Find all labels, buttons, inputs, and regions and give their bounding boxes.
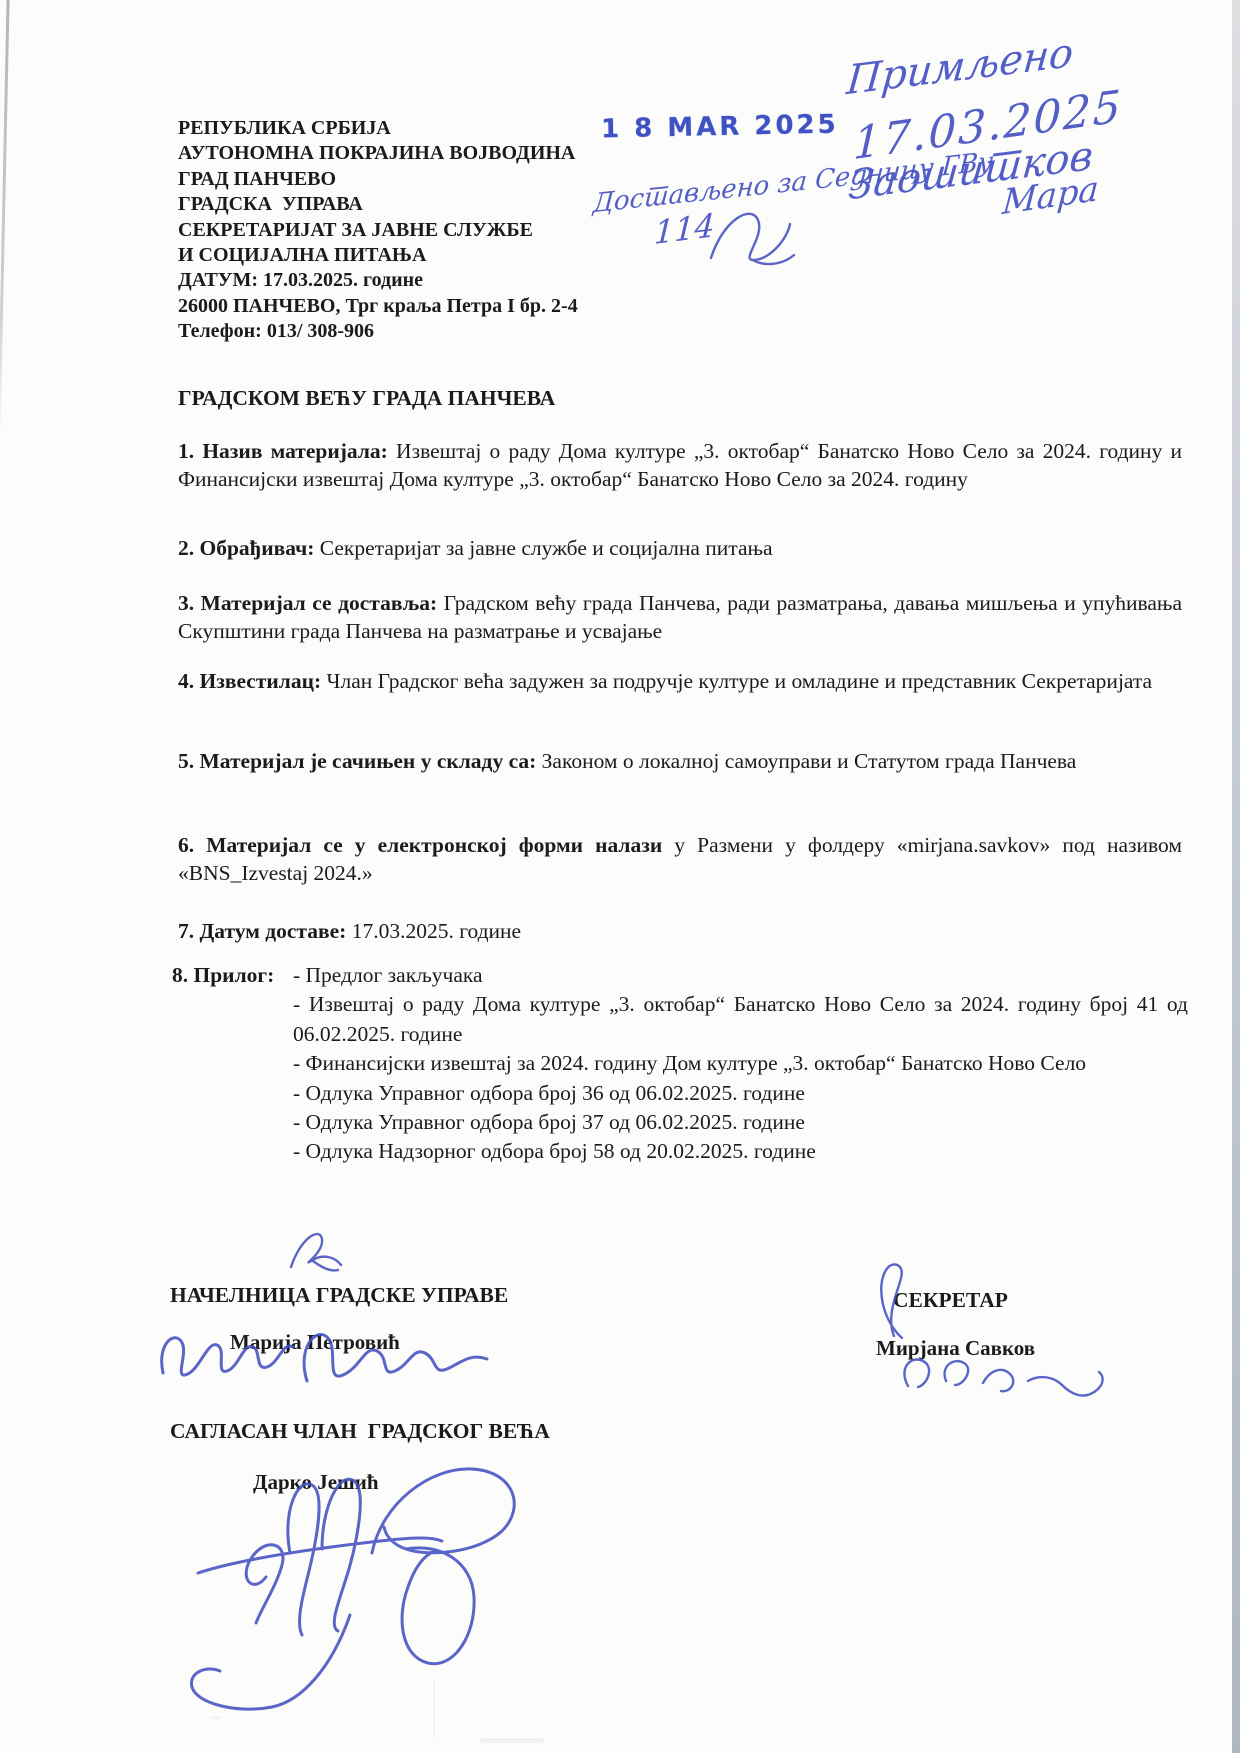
scan-edge-left-line — [0, 0, 10, 448]
attachment-item: - Финансијски извештај за 2024. годину Д… — [293, 1049, 1188, 1078]
item-4-text: Члан Градског већа задужен за подручје к… — [327, 669, 1153, 693]
secretary-flourish — [872, 1258, 918, 1340]
attachment-item: - Предлог закључака — [293, 961, 1188, 990]
item-7-label: 7. Датум доставе: — [178, 919, 352, 943]
signature-title-agreed-council-member: САГЛАСАН ЧЛАН ГРАДСКОГ ВЕЋА — [170, 1419, 550, 1444]
item-1-label: 1. Назив материјала: — [178, 439, 396, 463]
letterhead-line: СЕКРЕТАРИЈАТ ЗА ЈАВНЕ СЛУЖБЕ — [178, 218, 578, 243]
scan-edge-right — [1232, 0, 1240, 1753]
item-7-text: 17.03.2025. године — [352, 919, 521, 943]
marija-petrovic-signature — [155, 1323, 495, 1401]
item-3-label: 3. Материјал се доставља: — [178, 591, 444, 615]
darko-jesic-signature — [170, 1455, 555, 1717]
received-date-stamp: 1 8 MAR 2025 — [601, 110, 839, 145]
item-1-material-title: 1. Назив материјала:Извештај о раду Дома… — [178, 438, 1182, 493]
item-5-label: 5. Материјал је сачињен у складу са: — [178, 749, 542, 773]
item-3-delivered-to: 3. Материјал се доставља:Градском већу г… — [178, 590, 1182, 645]
letterhead-line: ГРАДСКА УПРАВА — [178, 192, 578, 217]
attachment-list: - Предлог закључака - Извештај о раду До… — [293, 961, 1188, 1167]
pen-squiggle — [283, 1225, 351, 1281]
recipient-title: ГРАДСКОМ ВЕЋУ ГРАДА ПАНЧЕВА — [178, 386, 555, 411]
item-2-label: 2. Обрађивач: — [178, 536, 320, 560]
item-6-label: 6. Материјал се у електронској форми нал… — [178, 833, 674, 857]
attachment-item: - Извештај о раду Дома културе „3. октоб… — [293, 990, 1188, 1049]
item-5-legal-basis: 5. Материјал је сачињен у складу са:Зако… — [178, 748, 1182, 776]
item-8-attachments-label: 8. Прилог: — [172, 963, 274, 988]
item-4-rapporteur: 4. Известилац:Члан Градског већа задужен… — [178, 668, 1182, 696]
letterhead-line: Телефон: 013/ 308-906 — [178, 319, 578, 344]
item-6-electronic-form: 6. Материјал се у електронској форми нал… — [178, 832, 1182, 887]
attachment-item: - Одлука Управног одбора број 36 од 06.0… — [293, 1079, 1188, 1108]
item-5-text: Законом о локалној самоуправи и Статутом… — [542, 749, 1077, 773]
clerk-signature-flourish — [695, 198, 810, 273]
signature-title-head-of-administration: НАЧЕЛНИЦА ГРАДСКЕ УПРАВЕ — [170, 1283, 508, 1308]
letterhead-line: И СОЦИЈАЛНА ПИТАЊА — [178, 243, 578, 268]
item-7-delivery-date: 7. Датум доставе:17.03.2025. године — [178, 918, 1182, 946]
letterhead: РЕПУБЛИКА СРБИЈА АУТОНОМНА ПОКРАЈИНА ВОЈ… — [178, 116, 578, 345]
item-4-label: 4. Известилац: — [178, 669, 327, 693]
attachment-item: - Одлука Надзорног одбора број 58 од 20.… — [293, 1137, 1188, 1166]
scanned-document: РЕПУБЛИКА СРБИЈА АУТОНОМНА ПОКРАЈИНА ВОЈ… — [0, 0, 1240, 1753]
letterhead-line: РЕПУБЛИКА СРБИЈА — [178, 116, 578, 141]
attachment-item: - Одлука Управног одбора број 37 од 06.0… — [293, 1108, 1188, 1137]
letterhead-line: ГРАД ПАНЧЕВО — [178, 167, 578, 192]
letterhead-line: АУТОНОМНА ПОКРАЈИНА ВОЈВОДИНА — [178, 141, 578, 166]
letterhead-line: 26000 ПАНЧЕВО, Трг краља Петра I бр. 2-4 — [178, 294, 578, 319]
mirjana-savkov-signature — [896, 1350, 1114, 1412]
letterhead-line: ДАТУМ: 17.03.2025. године — [178, 268, 578, 293]
scan-artifact — [480, 1738, 544, 1743]
item-2-text: Секретаријат за јавне службе и социјална… — [320, 536, 773, 560]
item-2-processor: 2. Обрађивач:Секретаријат за јавне служб… — [178, 535, 1182, 563]
